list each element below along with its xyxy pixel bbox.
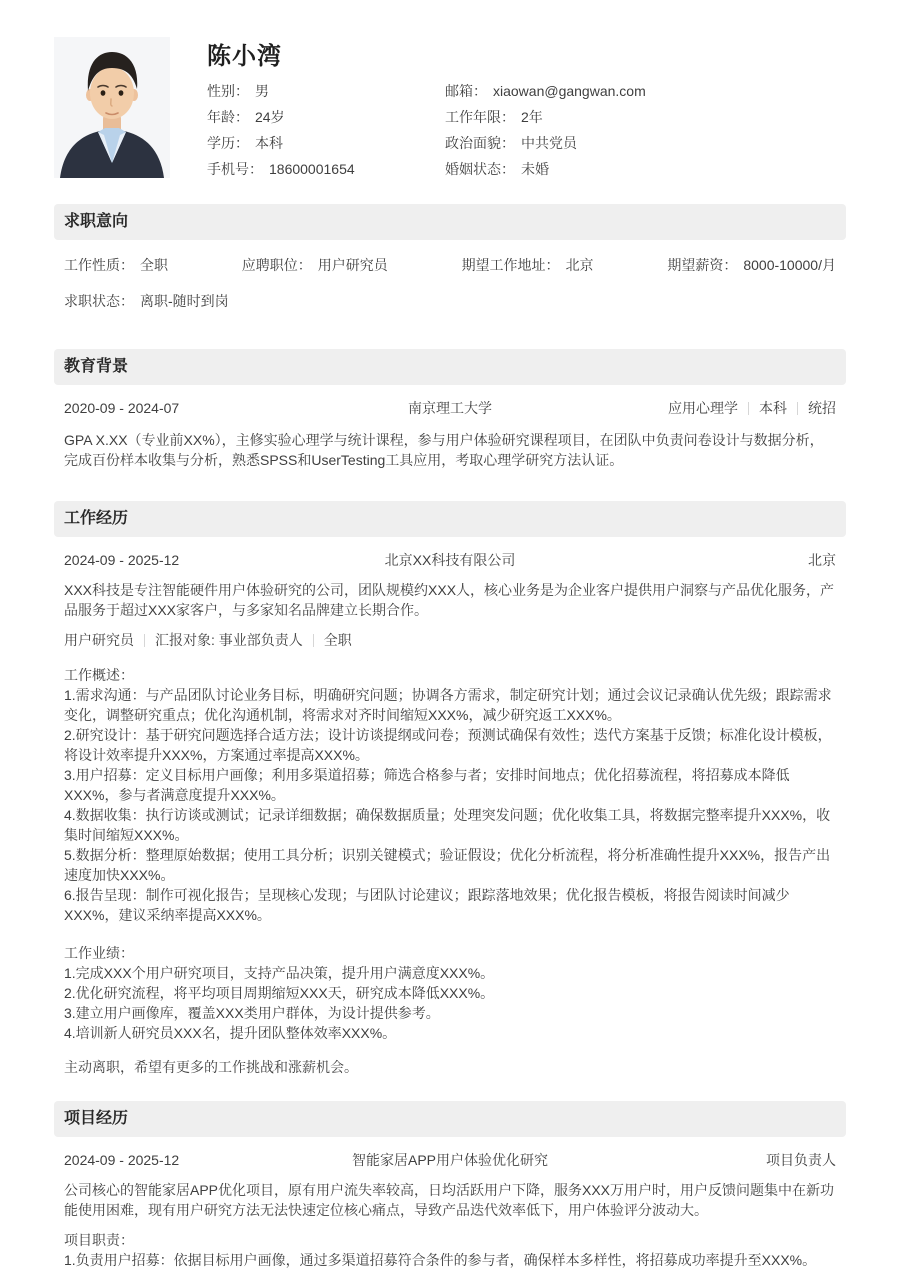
project-duties-title: 项目职责： — [64, 1230, 836, 1250]
field-expected-salary: 期望薪资：8000-10000/月 — [667, 255, 836, 275]
profile-photo — [54, 37, 170, 178]
work-position-row: 用户研究员汇报对象: 事业部负责人全职 — [54, 630, 846, 650]
project-period: 2024-09 - 2025-12 — [64, 1150, 179, 1170]
info-marital-status: 婚姻状态：未婚 — [445, 159, 846, 179]
work-report-to: 汇报对象: 事业部负责人 — [155, 630, 303, 650]
work-achievements-title: 工作业绩： — [64, 943, 836, 963]
section-title-education: 教育背景 — [54, 349, 846, 385]
section-title-job-intention: 求职意向 — [54, 204, 846, 240]
header-info: 陈小湾 性别：男 邮箱：xiaowan@gangwan.com 年龄：24岁 工… — [207, 37, 846, 179]
work-achievement-item: 2.优化研究流程，将平均项目周期缩短XXX天，研究成本降低XXX%。 — [64, 983, 836, 1003]
field-job-nature: 工作性质：全职 — [64, 255, 168, 275]
work-position: 用户研究员 — [64, 630, 134, 650]
work-overview-item: 2.研究设计：基于研究问题选择合适方法；设计访谈提纲或问卷；预测试确保有效性；迭… — [64, 725, 836, 765]
info-age: 年龄：24岁 — [207, 107, 445, 127]
work-entry-row: 2024-09 - 2025-12 北京XX科技有限公司 北京 — [54, 550, 846, 570]
work-overview-title: 工作概述： — [64, 665, 836, 685]
education-meta: 应用心理学本科统招 — [668, 398, 836, 418]
work-overview-item: 3.用户招募：定义目标用户画像；利用多渠道招募；筛选合格参与者；安排时间地点；优… — [64, 765, 836, 805]
work-job-type: 全职 — [324, 630, 352, 650]
work-overview-block: 工作概述： 1.需求沟通：与产品团队讨论业务目标，明确研究问题；协调各方需求，制… — [54, 665, 846, 925]
project-duty-item: 1.负责用户招募：依据目标用户画像，通过多渠道招募符合条件的参与者，确保样本多样… — [64, 1250, 836, 1270]
divider — [313, 634, 314, 647]
project-entry-row: 2024-09 - 2025-12 智能家居APP用户体验优化研究 项目负责人 — [54, 1150, 846, 1170]
field-target-position: 应聘职位：用户研究员 — [242, 255, 388, 275]
project-duties-block: 项目职责： 1.负责用户招募：依据目标用户画像，通过多渠道招募符合条件的参与者，… — [54, 1230, 846, 1270]
divider — [144, 634, 145, 647]
work-achievement-item: 3.建立用户画像库，覆盖XXX类用户群体，为设计提供参考。 — [64, 1003, 836, 1023]
education-description: GPA X.XX（专业前XX%），主修实验心理学与统计课程，参与用户体验研究课程… — [54, 430, 846, 470]
info-political-status: 政治面貌：中共党员 — [445, 133, 846, 153]
resume-page: 陈小湾 性别：男 邮箱：xiaowan@gangwan.com 年龄：24岁 工… — [0, 0, 900, 1275]
project-role: 项目负责人 — [766, 1150, 836, 1170]
info-email: 邮箱：xiaowan@gangwan.com — [445, 81, 846, 101]
education-degree: 本科 — [759, 398, 787, 418]
work-achievement-item: 4.培训新人研究员XXX名，提升团队整体效率XXX%。 — [64, 1023, 836, 1043]
education-school: 南京理工大学 — [408, 398, 492, 418]
info-experience-years: 工作年限：2年 — [445, 107, 846, 127]
info-phone: 手机号：18600001654 — [207, 159, 445, 179]
section-title-work: 工作经历 — [54, 501, 846, 537]
project-background: 公司核心的智能家居APP优化项目，原有用户流失率较高，日均活跃用户下降，服务XX… — [54, 1180, 846, 1220]
section-title-project: 项目经历 — [54, 1101, 846, 1137]
work-overview-item: 5.数据分析：整理原始数据；使用工具分析；识别关键模式；验证假设；优化分析流程，… — [64, 845, 836, 885]
work-overview-item: 4.数据收集：执行访谈或测试；记录详细数据；确保数据质量；处理突发问题；优化收集… — [64, 805, 836, 845]
basic-info-grid: 性别：男 邮箱：xiaowan@gangwan.com 年龄：24岁 工作年限：… — [207, 81, 846, 179]
divider — [797, 402, 798, 415]
work-achievement-item: 1.完成XXX个用户研究项目，支持产品决策，提升用户满意度XXX%。 — [64, 963, 836, 983]
education-major: 应用心理学 — [668, 398, 738, 418]
job-intention-fields: 工作性质：全职 应聘职位：用户研究员 期望工作地址：北京 期望薪资：8000-1… — [54, 255, 846, 275]
candidate-name: 陈小湾 — [207, 42, 846, 72]
info-education-level: 学历：本科 — [207, 133, 445, 153]
resume-header: 陈小湾 性别：男 邮箱：xiaowan@gangwan.com 年龄：24岁 工… — [54, 37, 846, 179]
field-job-status: 求职状态：离职-随时到岗 — [54, 291, 846, 311]
work-overview-item: 6.报告呈现：制作可视化报告；呈现核心发现；与团队讨论建议；跟踪落地效果；优化报… — [64, 885, 836, 925]
leave-reason: 主动离职，希望有更多的工作挑战和涨薪机会。 — [54, 1057, 846, 1077]
divider — [748, 402, 749, 415]
work-overview-item: 1.需求沟通：与产品团队讨论业务目标，明确研究问题；协调各方需求，制定研究计划；… — [64, 685, 836, 725]
profile-photo-illustration — [54, 37, 170, 178]
work-company: 北京XX科技有限公司 — [385, 550, 516, 570]
work-period: 2024-09 - 2025-12 — [64, 550, 179, 570]
field-expected-location: 期望工作地址：北京 — [462, 255, 594, 275]
company-intro: XXX科技是专注智能硬件用户体验研究的公司，团队规模约XXX人，核心业务是为企业… — [54, 580, 846, 620]
education-entry-row: 2020-09 - 2024-07 南京理工大学 应用心理学本科统招 — [54, 398, 846, 418]
work-location: 北京 — [808, 550, 836, 570]
work-achievements-block: 工作业绩： 1.完成XXX个用户研究项目，支持产品决策，提升用户满意度XXX%。… — [54, 943, 846, 1043]
education-enrollment: 统招 — [808, 398, 836, 418]
info-gender: 性别：男 — [207, 81, 445, 101]
education-period: 2020-09 - 2024-07 — [64, 398, 179, 418]
project-name: 智能家居APP用户体验优化研究 — [352, 1150, 548, 1170]
